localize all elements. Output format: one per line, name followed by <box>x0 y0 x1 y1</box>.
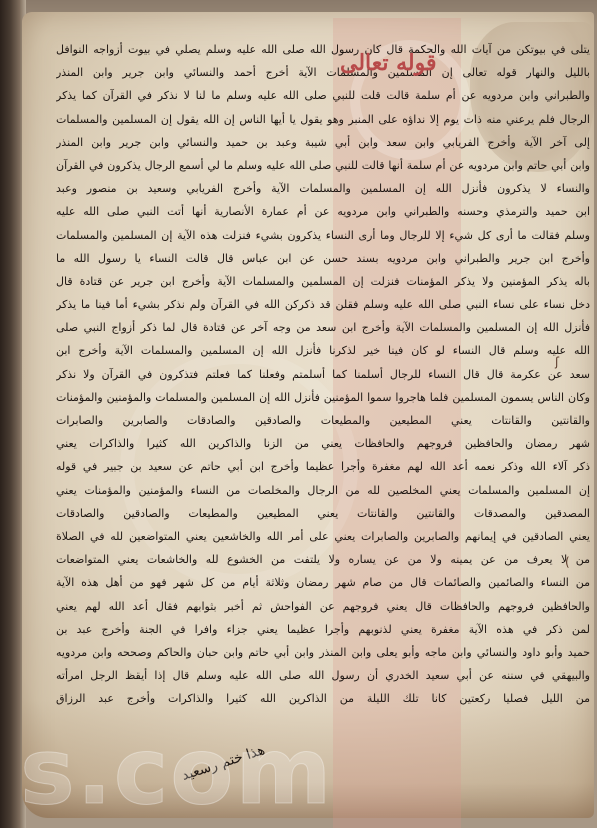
text-line: والحافظين فروجهم والحافظات قال يعني فروج… <box>56 595 590 618</box>
margin-mark-icon: ʃ <box>555 355 559 369</box>
watermark-text: s.com <box>20 718 333 825</box>
text-line: وسلم فقالت ما أرى كل شيء إلا للرجال وما … <box>56 224 590 247</box>
text-line: يعني الصادقين في إيمانهم والصابرين والصا… <box>56 525 590 548</box>
text-line: شهر رمضان والحافظين فروجهم والحافظات يعن… <box>56 432 590 455</box>
text-line: يتلى في بيوتكن من آيات الله والحكمة قال … <box>56 38 590 61</box>
text-line: حميد وأبو داود والنسائي وابن ماجه وأبو ي… <box>56 641 590 664</box>
text-line: وأخرج ابن جرير والطبراني وابن مردويه بسن… <box>56 247 590 270</box>
text-line: ابن حميد والترمذي وحسنه والطبراني وابن م… <box>56 200 590 223</box>
text-line: الله عليه وسلم قال النساء لو كان فينا خي… <box>56 339 590 362</box>
text-line: باله يذكر المؤمنين ولا يذكر المؤمنات فنز… <box>56 270 590 293</box>
manuscript-text: يتلى في بيوتكن من آيات الله والحكمة قال … <box>56 38 590 710</box>
text-line: من النساء والصائمين والصائمات قال من صام… <box>56 571 590 594</box>
margin-mark-icon: ( <box>565 555 570 569</box>
text-line: المصدقين والمصدقات والقانتين والقانتات ي… <box>56 502 590 525</box>
text-line: وابن أبي حاتم وابن مردويه عن أم سلمة أنه… <box>56 154 590 177</box>
text-line: بالليل والنهار قوله تعالى إن المسلمين وا… <box>56 61 590 84</box>
text-line: دخل نساء على نساء النبي صلى الله عليه وس… <box>56 293 590 316</box>
text-line: فأنزل الله إن المسلمين والمسلمات الآية و… <box>56 316 590 339</box>
text-line: والطبراني وابن مردويه عن أم سلمة قالت قل… <box>56 84 590 107</box>
text-line: ذكر آلاء الله وذكر نعمه أعد الله لهم مغف… <box>56 455 590 478</box>
text-line: من لا يعرف من عن يمينه ولا من عن يساره و… <box>56 548 590 571</box>
text-line: والنساء لا يذكرون فأنزل الله إن المسلمين… <box>56 177 590 200</box>
text-line: وكان الناس يسمون المسلمين فلما هاجروا سم… <box>56 386 590 409</box>
text-line: الرجال فلم يرعني منه ذات يوم إلا نداؤه ع… <box>56 108 590 131</box>
text-line: إن المسلمين والمسلمات يعني المخلصين لله … <box>56 479 590 502</box>
text-line: من الليل فصليا ركعتين كانا تلك الليلة من… <box>56 687 590 710</box>
text-line: سعد عن عكرمة قال قال النساء للرجال أسلمن… <box>56 363 590 386</box>
text-line: إلى آخر الآية وأخرج الفريابي وابن سعد وا… <box>56 131 590 154</box>
text-line: والقانتين والقانتات يعني المطيعين والمطي… <box>56 409 590 432</box>
rubric-heading: قوله تعالى <box>340 50 437 76</box>
text-line: والبيهقي في سننه عن أبي سعيد الخدري أن ر… <box>56 664 590 687</box>
text-line: لمن ذكر في هذه الآية مغفرة يعني لذنوبهم … <box>56 618 590 641</box>
